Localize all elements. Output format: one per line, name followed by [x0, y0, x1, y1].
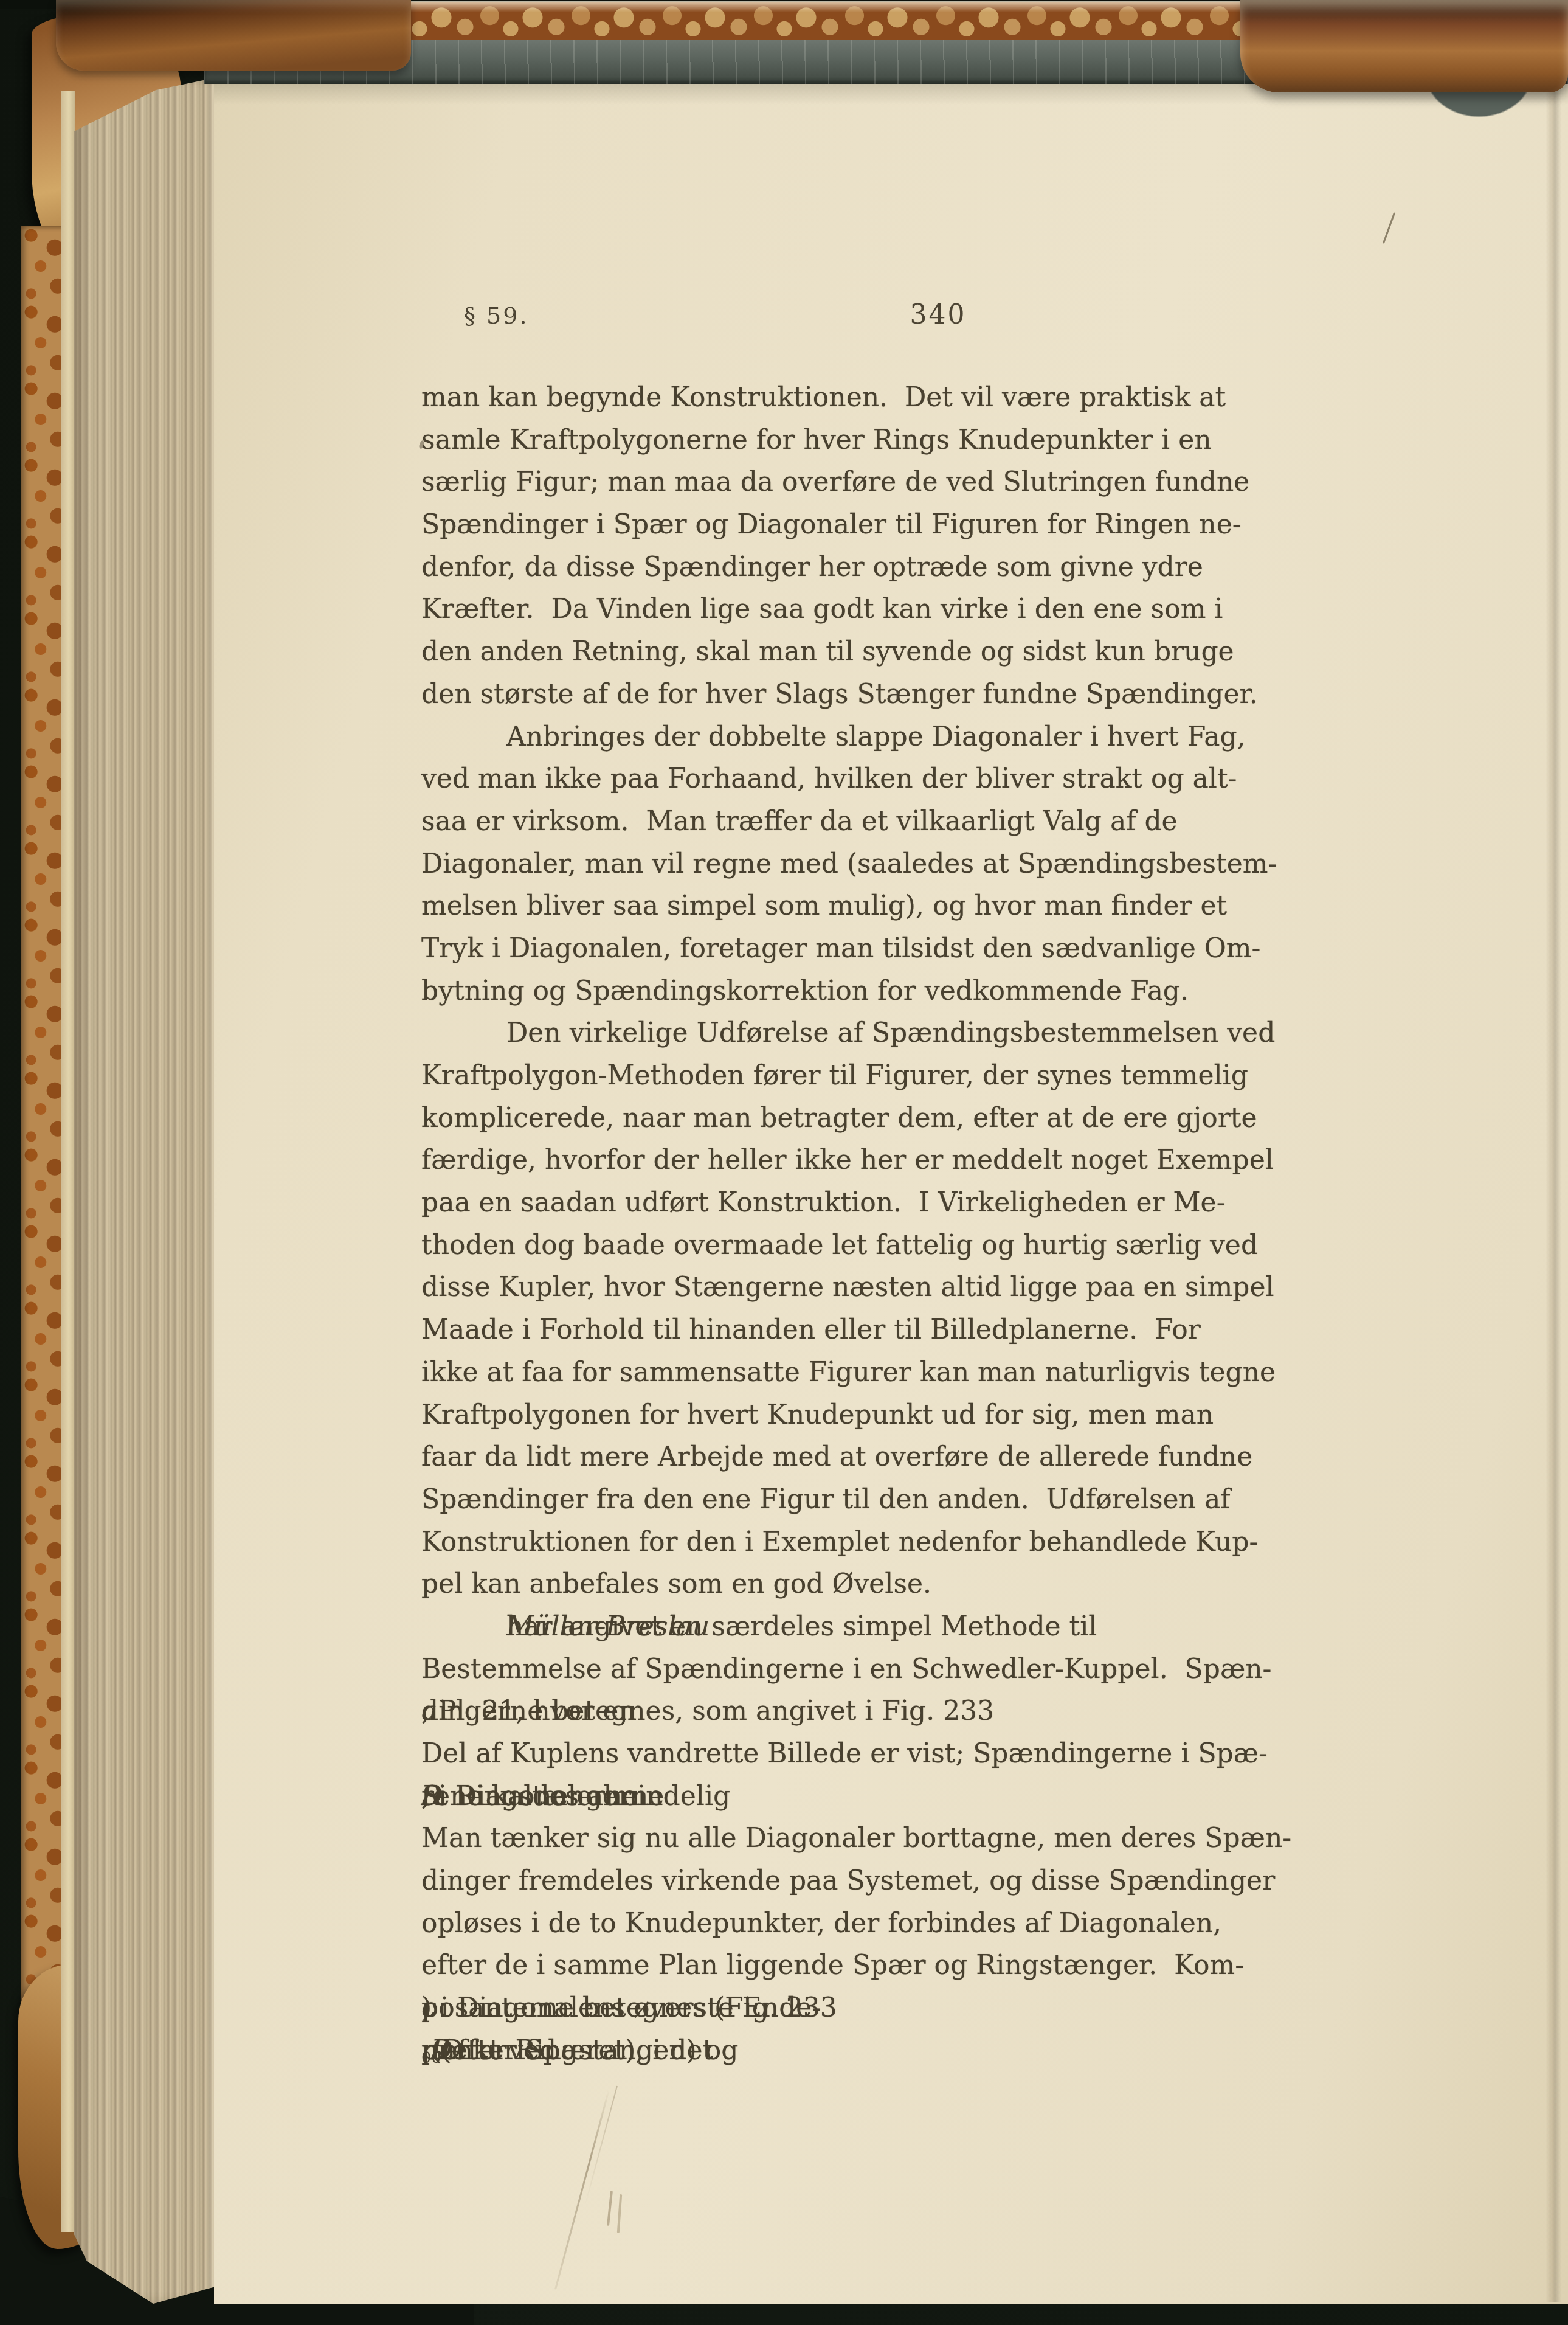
text-line: Kraftpolygon-Methoden fører til Figurer,…	[421, 1060, 1455, 1103]
text-line: Spændinger fra den ene Figur til den and…	[421, 1484, 1455, 1526]
leather-corner-left	[56, 0, 411, 71]
text-line: paa en saadan udført Konstruktion. I Vir…	[421, 1187, 1455, 1230]
text-line: Tryk i Diagonalen, foretager man tilsids…	[421, 933, 1455, 975]
flyleaf-edge	[61, 91, 75, 2232]
text-line: Diagonaler, man vil regne med (saaledes …	[421, 848, 1455, 891]
text-line: faar da lidt mere Arbejde med at overfør…	[421, 1441, 1455, 1484]
text-line: posanterne betegnes (Fig. 233c) i Diagon…	[421, 1992, 1455, 2035]
text-line: komplicerede, naar man betragter dem, ef…	[421, 1103, 1455, 1145]
text-line: Anbringes der dobbelte slappe Diagonaler…	[421, 721, 1455, 764]
text-line: dingerne betegnes, som angivet i Fig. 23…	[421, 1696, 1455, 1738]
page-block-fore-edge	[74, 78, 215, 2304]
text-line: pel kan anbefales som en god Øvelse.	[421, 1568, 1455, 1611]
leather-corner-right	[1240, 0, 1568, 92]
text-line: ikke at faa for sammensatte Figurer kan …	[421, 1357, 1455, 1399]
text-line: Man tænker sig nu alle Diagonaler bortta…	[421, 1823, 1455, 1865]
text-line: samle Kraftpolygonerne for hver Rings Kn…	[421, 424, 1455, 467]
section-label: § 59.	[464, 302, 529, 329]
text-line: melsen bliver saa simpel som mulig), og …	[421, 890, 1455, 933]
text-line: man kan begynde Konstruktionen. Det vil …	[421, 382, 1455, 424]
scanned-book-photo: § 59. 340 man kan begynde Konstruktionen…	[0, 0, 1568, 2325]
text-line: bytning og Spændingskorrektion for vedko…	[421, 975, 1455, 1018]
page-right-crease	[1546, 79, 1561, 2302]
text-line: efter de i samme Plan liggende Spær og R…	[421, 1950, 1455, 1992]
text-line: Müller-Breslau har angivet en særdeles s…	[421, 1611, 1455, 1654]
text-block: man kan begynde Konstruktionen. Det vil …	[421, 382, 1455, 2077]
text-line: punkt ved r0D (efter Ringstangen) og s0D…	[421, 2035, 1455, 2077]
text-line: thoden dog baade overmaade let fattelig …	[421, 1230, 1455, 1272]
text-line: færdige, hvorfor der heller ikke her er …	[421, 1145, 1455, 1187]
text-line: Maade i Forhold til hinanden eller til B…	[421, 1314, 1455, 1357]
text-line: ved man ikke paa Forhaand, hvilken der b…	[421, 763, 1455, 806]
text-line: rene kaldes almindelig S, i Ringstængern…	[421, 1781, 1455, 1823]
text-line: særlig Figur; man maa da overføre de ved…	[421, 466, 1455, 509]
text-line: Del af Kuplens vandrette Billede er vist…	[421, 1738, 1455, 1781]
text-line: denfor, da disse Spændinger her optræde …	[421, 552, 1455, 594]
text-line: saa er virksom. Man træffer da et vilkaa…	[421, 806, 1455, 848]
text-line: dinger fremdeles virkende paa Systemet, …	[421, 1865, 1455, 1908]
text-line: Kraftpolygonen for hvert Knudepunkt ud f…	[421, 1399, 1455, 1442]
page-number: 340	[877, 299, 999, 330]
text-line: Spændinger i Spær og Diagonaler til Figu…	[421, 509, 1455, 552]
text-line: Kræfter. Da Vinden lige saa godt kan vir…	[421, 594, 1455, 636]
text-line: Bestemmelse af Spændingerne i en Schwedl…	[421, 1654, 1455, 1696]
text-line: den anden Retning, skal man til syvende …	[421, 636, 1455, 679]
text-line: Den virkelige Udførelse af Spændingsbest…	[421, 1017, 1455, 1060]
text-line: den største af de for hver Slags Stænger…	[421, 679, 1455, 721]
text-line: opløses i de to Knudepunkter, der forbin…	[421, 1908, 1455, 1950]
text-line: Konstruktionen for den i Exemplet nedenf…	[421, 1526, 1455, 1569]
text-line: disse Kupler, hvor Stængerne næsten alti…	[421, 1272, 1455, 1314]
